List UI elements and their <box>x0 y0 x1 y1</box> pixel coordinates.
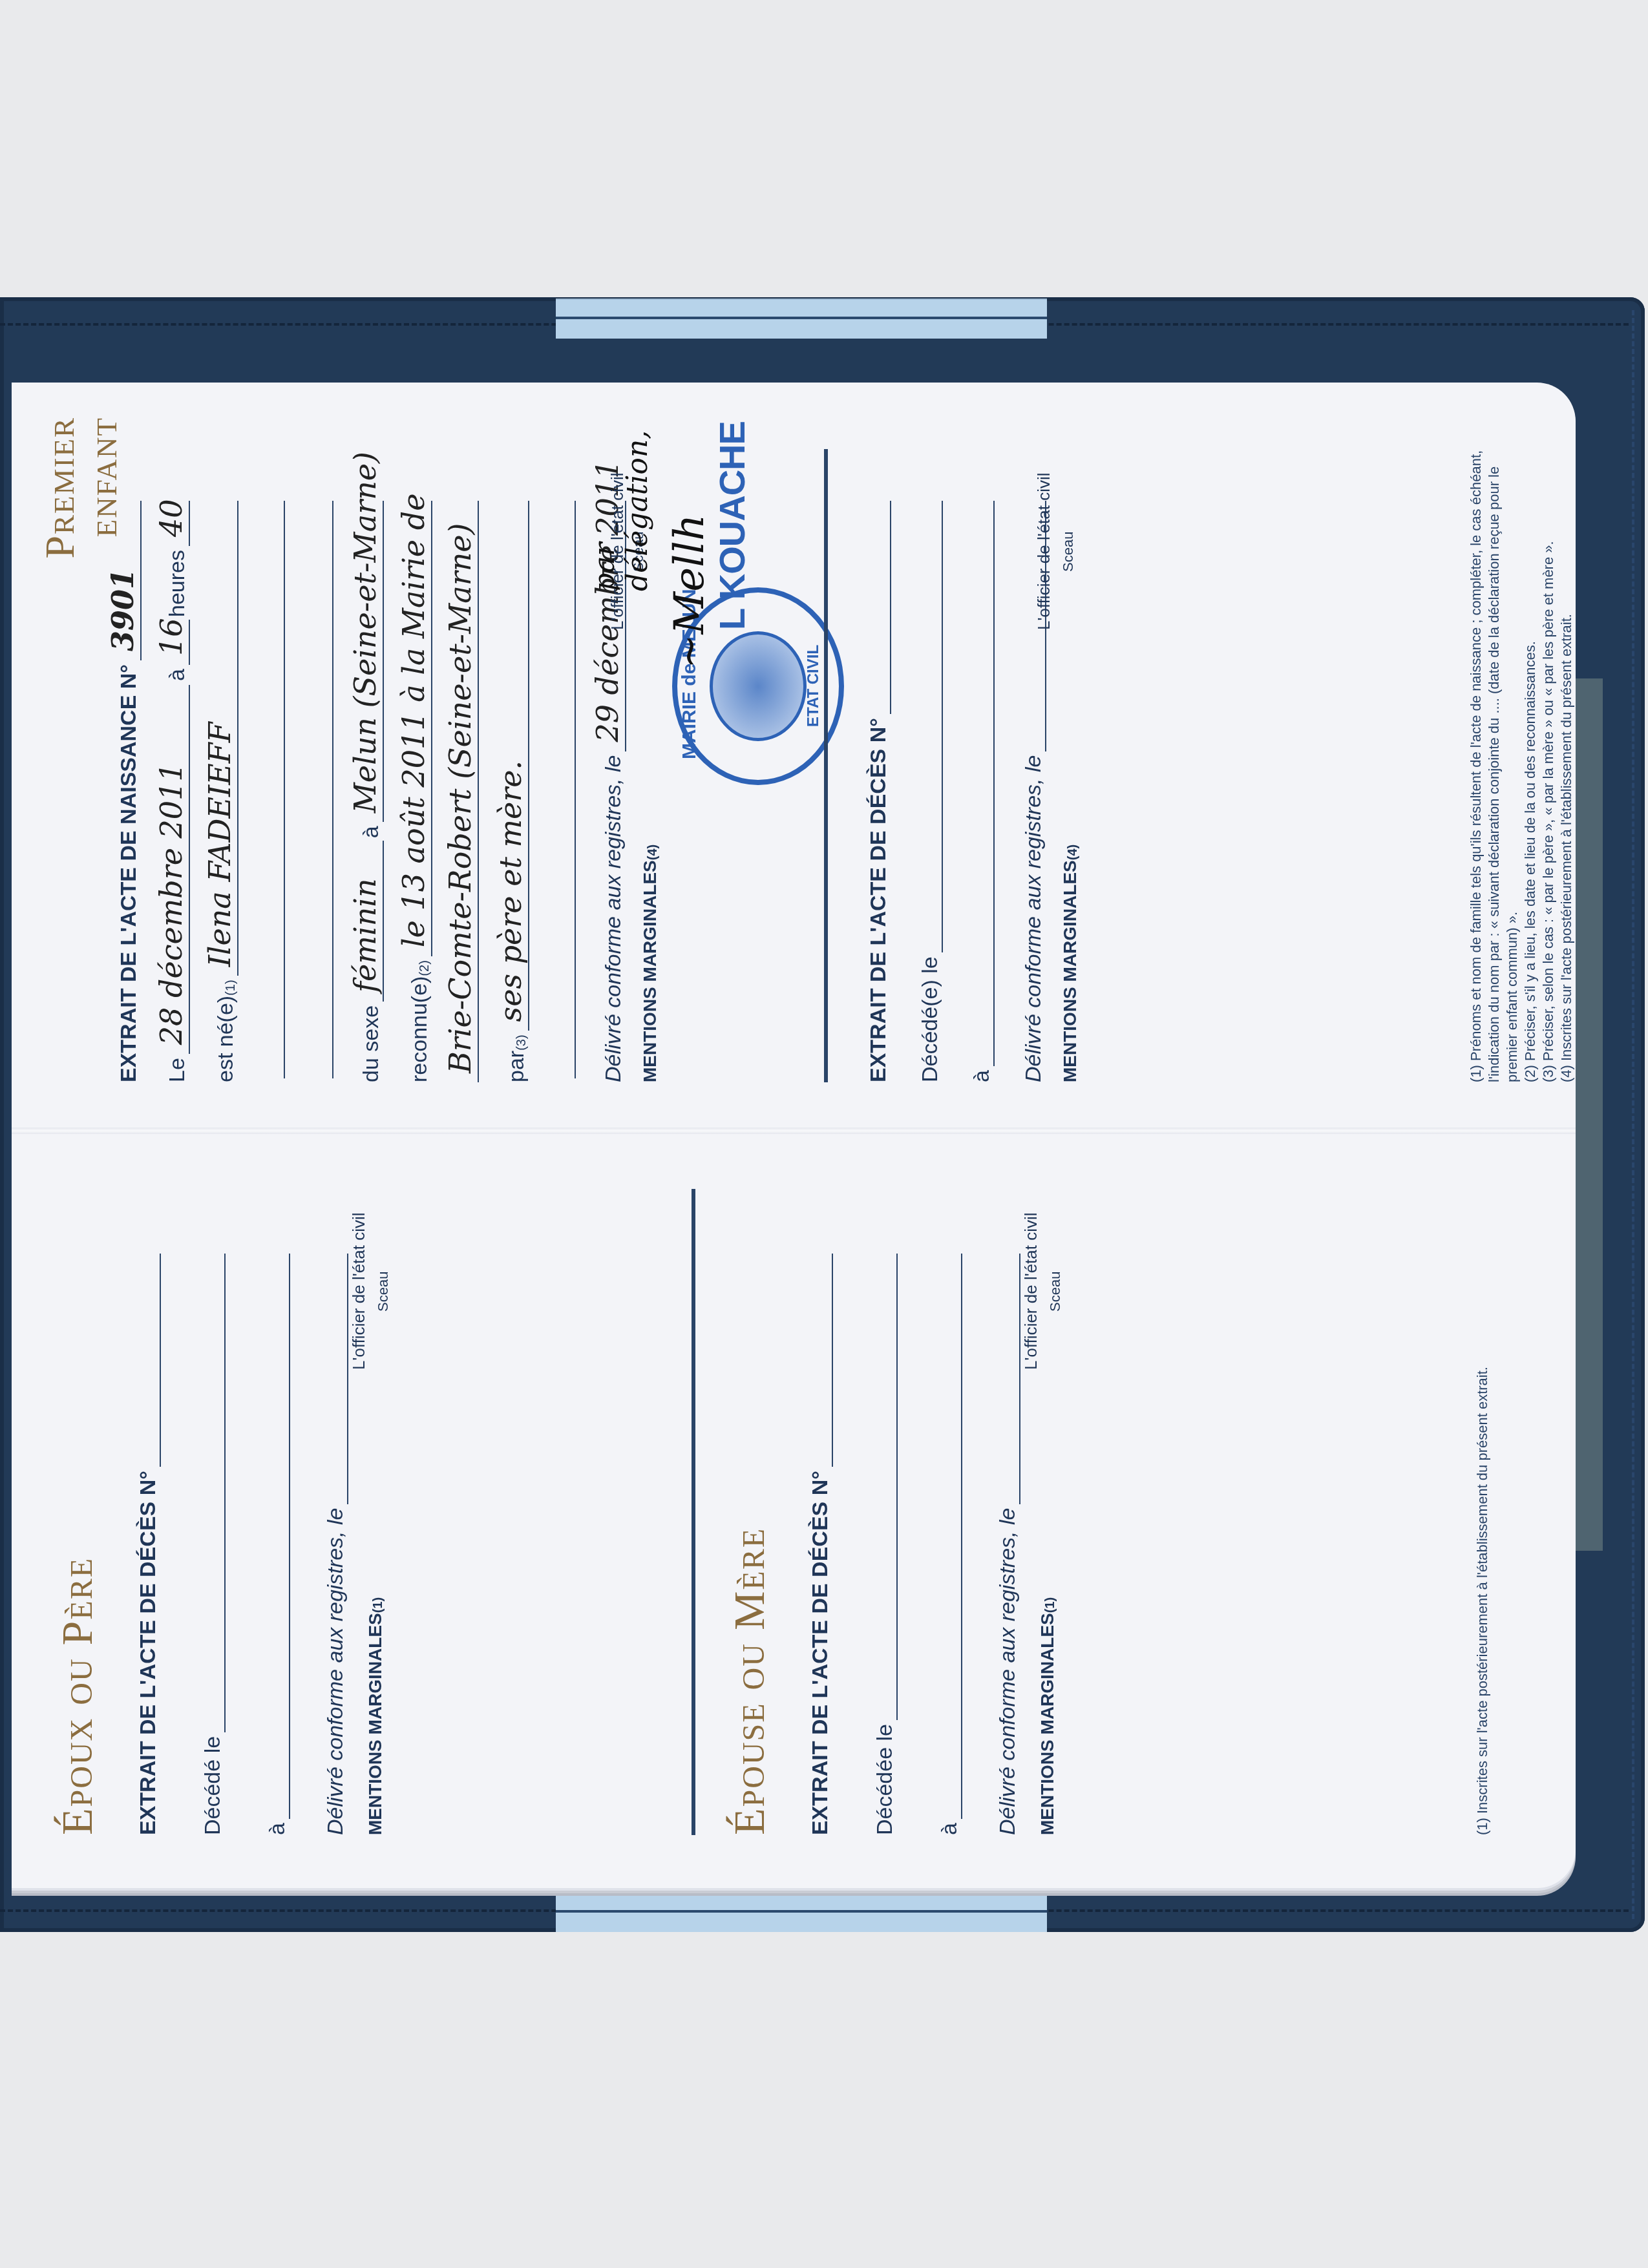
death-place-row: à <box>969 501 995 1082</box>
pere-mentions-marginales: MENTIONS MARGINALES(1) <box>365 1597 386 1835</box>
birth-name-row: est né(e)(1) Ilena FADEIEFF <box>213 501 238 1082</box>
mere-issued-row: Délivré conforme aux registres, le <box>995 1254 1020 1835</box>
handwritten-delegation: par délégation, <box>588 391 654 591</box>
acte-number: 3901 <box>105 569 140 651</box>
mentions-marginales: MENTIONS MARGINALES(4) <box>640 845 660 1082</box>
mere-death-date-row: Décédée le <box>872 1254 898 1835</box>
signature: ~Mellh <box>666 514 713 669</box>
stamp-emblem-icon <box>710 631 807 741</box>
pere-seal-label: Sceau <box>375 1272 392 1312</box>
page-parents-death: Époux ou Père EXTRAIT DE L'ACTE DE DÉCÈS… <box>26 1137 1558 1874</box>
recognition-detail-1: le 13 août 2011 à la Mairie de <box>396 494 431 948</box>
pere-death-place-row: à <box>265 1254 290 1835</box>
stamp-text-bottom: ETAT CIVIL <box>805 645 823 727</box>
section-divider <box>692 1189 695 1835</box>
birth-hour: 16 <box>154 618 189 656</box>
death-seal-label: Sceau <box>1060 532 1077 572</box>
pere-death-date-row: Décédé le <box>200 1254 226 1835</box>
cover-tab-bottom <box>556 1892 1047 1932</box>
death-officer-label: L'officier de l'état civil <box>1034 472 1054 630</box>
footnote-4: (4) Inscrites sur l'acte postérieurement… <box>1558 436 1576 1082</box>
page-premier-enfant: Premier enfant EXTRAIT DE L'ACTE DE NAIS… <box>26 391 1558 1121</box>
death-date-row: Décédé(e) le <box>918 501 943 1082</box>
recognition-row: reconnu(e)(2) le 13 août 2011 à la Mairi… <box>407 501 432 1082</box>
blank-line <box>262 501 285 1082</box>
mere-officer-label: L'officier de l'état civil <box>1021 1212 1041 1370</box>
cover-stitching-right <box>1632 310 1634 1919</box>
birth-place: Melun (Seine-et-Marne) <box>348 452 383 813</box>
pere-officer-label: L'officier de l'état civil <box>349 1212 369 1370</box>
footnote-1: (1) Prénoms et nom de famille tels qu'il… <box>1467 436 1521 1082</box>
blank-line <box>553 501 576 1082</box>
mere-seal-label: Sceau <box>1047 1272 1064 1312</box>
section-divider <box>824 449 828 1082</box>
footnote-2: (2) Préciser, s'il y a lieu, les date et… <box>1521 436 1539 1082</box>
recognition-detail-2: Brie-Comte-Robert (Seine-et-Marne) <box>443 523 478 1073</box>
mere-mentions-marginales: MENTIONS MARGINALES(1) <box>1037 1597 1058 1835</box>
footnotes: (1) Prénoms et nom de famille tels qu'il… <box>1467 436 1576 1082</box>
footnote-3: (3) Préciser, selon le cas : « par le pè… <box>1539 436 1558 1082</box>
title-line-1: Premier <box>39 417 81 559</box>
child-sex: féminin <box>348 878 383 992</box>
page-title: Premier enfant <box>39 417 124 559</box>
birth-minutes: 40 <box>154 499 189 537</box>
birth-extract-heading: EXTRAIT DE L'ACTE DE NAISSANCE N° 3901 <box>116 501 142 1082</box>
child-name: Ilena FADEIEFF <box>202 722 237 967</box>
section-title-pere: Époux ou Père <box>52 1557 103 1835</box>
sex-place-row: du sexe féminin à Melun (Seine-et-Marne) <box>359 501 384 1082</box>
birth-date-row: Le 28 décembre 2011 à 16 heures 40 <box>165 501 190 1082</box>
section-title-mere: Épouse ou Mère <box>724 1528 775 1835</box>
blank-line <box>310 501 333 1082</box>
pere-death-heading: EXTRAIT DE L'ACTE DE DÉCÈS N° <box>136 1254 161 1835</box>
par-row: par(3) ses père et mère. <box>504 501 529 1082</box>
pere-issued-row: Délivré conforme aux registres, le <box>323 1254 348 1835</box>
page-fold <box>12 1128 1576 1134</box>
death-mentions-marginales: MENTIONS MARGINALES(4) <box>1060 845 1081 1082</box>
signatory-name: L KOUACHE <box>711 421 753 630</box>
mere-death-heading: EXTRAIT DE L'ACTE DE DÉCÈS N° <box>808 1254 833 1835</box>
recognition-row-2: Brie-Comte-Robert (Seine-et-Marne) <box>456 501 479 1082</box>
death-extract-heading: EXTRAIT DE L'ACTE DE DÉCÈS N° <box>866 501 891 1082</box>
cover-tab-top <box>556 299 1047 339</box>
mere-death-place-row: à <box>937 1254 962 1835</box>
recognized-by: ses père et mère. <box>493 761 528 1022</box>
left-footnote: (1) Inscrites sur l'acte postérieurement… <box>1474 1189 1492 1835</box>
birth-date: 28 décembre 2011 <box>154 762 189 1045</box>
